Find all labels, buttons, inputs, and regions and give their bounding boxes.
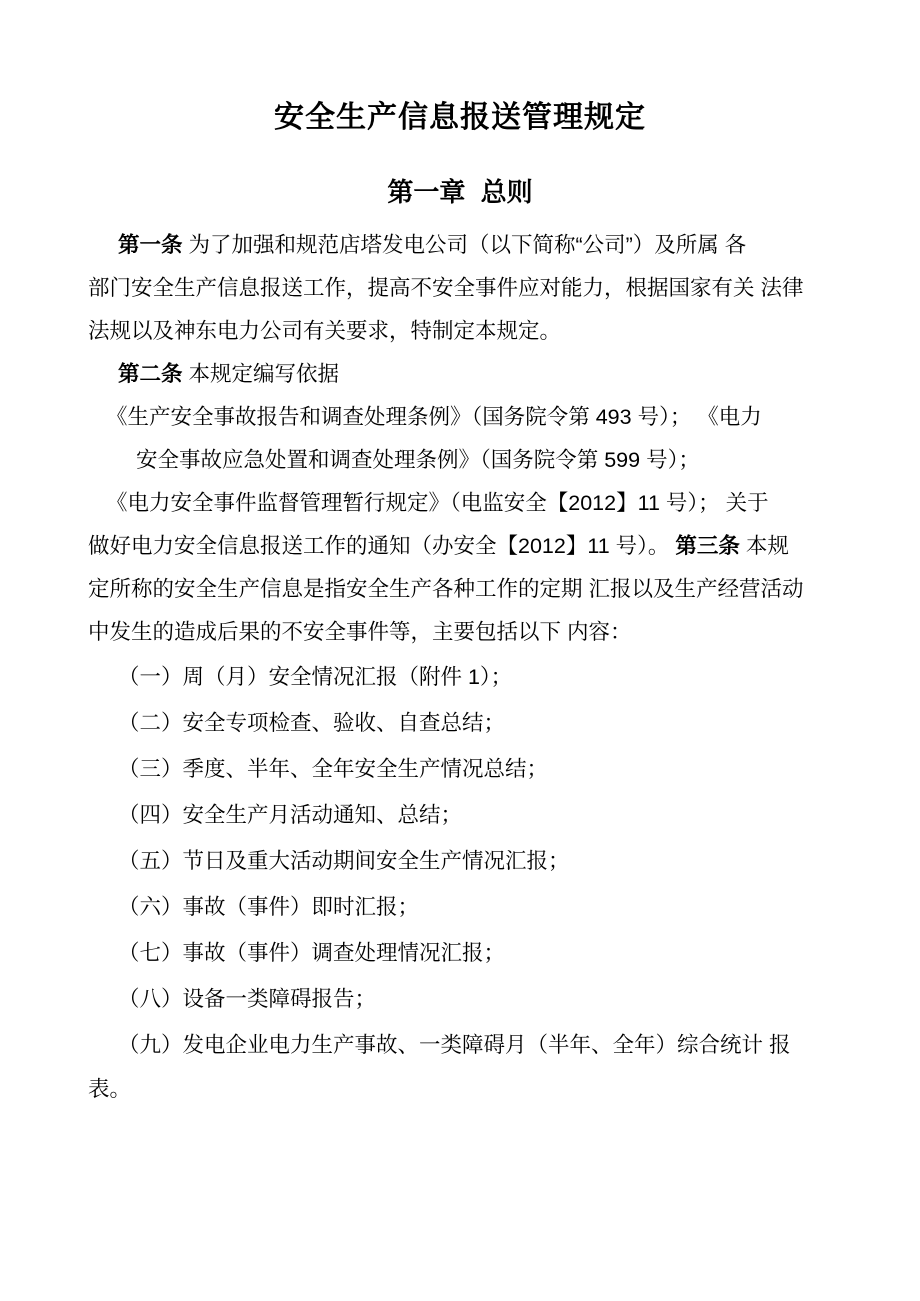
text-run: （七）事故（事件）调查处理情况汇报；: [118, 941, 505, 965]
text-run: 法规以及神东电力公司有关要求，特制定本规定。: [88, 319, 561, 343]
text-run: （三）季度、半年、全年安全生产情况总结；: [118, 757, 548, 781]
list-item-line: （六）事故（事件）即时汇报；: [88, 884, 832, 930]
text-line: 做好电力安全信息报送工作的通知（办安全【2012】11 号）。 第三条 本规: [88, 525, 832, 568]
chapter-heading: 第一章 总则: [0, 174, 920, 210]
text-line: 定所称的安全生产信息是指安全生产各种工作的定期 汇报以及生产经营活动: [88, 568, 832, 611]
text-run: （五）节日及重大活动期间安全生产情况汇报；: [118, 849, 570, 873]
list-item-line: （一）周（月）安全情况汇报（附件 1）；: [88, 654, 832, 700]
document-body: 第一条 为了加强和规范店塔发电公司（以下简称“公司”）及所属 各部门安全生产信息…: [0, 224, 920, 1111]
text-run: 《电力安全事件监督管理暂行规定》（电监安全【2012】11 号）； 关于: [106, 491, 769, 515]
list-item-line: （三）季度、半年、全年安全生产情况总结；: [88, 746, 832, 792]
text-run: （一）周（月）安全情况汇报（附件 1）；: [118, 665, 512, 689]
text-line: 第一条 为了加强和规范店塔发电公司（以下简称“公司”）及所属 各: [88, 224, 832, 267]
bold-article-label: 第二条: [118, 362, 183, 386]
text-run: 做好电力安全信息报送工作的通知（办安全【2012】11 号）。: [88, 534, 675, 558]
text-run: （六）事故（事件）即时汇报；: [118, 895, 419, 919]
document-page: 安全生产信息报送管理规定 第一章 总则 第一条 为了加强和规范店塔发电公司（以下…: [0, 0, 920, 1301]
text-run: 本规: [740, 534, 789, 558]
text-run: 为了加强和规范店塔发电公司（以下简称“公司”）及所属 各: [183, 233, 747, 257]
text-run: 安全事故应急处置和调查处理条例》（国务院令第 599 号）；: [136, 448, 700, 472]
bold-article-label: 第三条: [675, 534, 740, 558]
text-run: （二）安全专项检查、验收、自查总结；: [118, 711, 505, 735]
text-run: 本规定编写依据: [183, 362, 339, 386]
text-run: 表。: [88, 1077, 131, 1101]
text-line: 《生产安全事故报告和调查处理条例》（国务院令第 493 号）； 《电力: [88, 396, 832, 439]
text-run: 《生产安全事故报告和调查处理条例》（国务院令第 493 号）； 《电力: [106, 405, 762, 429]
text-run: 中发生的造成后果的不安全事件等，主要包括以下 内容：: [88, 620, 631, 644]
text-run: （八）设备一类障碍报告；: [118, 987, 376, 1011]
text-line: 《电力安全事件监督管理暂行规定》（电监安全【2012】11 号）； 关于: [88, 482, 832, 525]
document-title: 安全生产信息报送管理规定: [0, 0, 920, 140]
text-line: 安全事故应急处置和调查处理条例》（国务院令第 599 号）；: [88, 439, 832, 482]
text-line: 中发生的造成后果的不安全事件等，主要包括以下 内容：: [88, 611, 832, 654]
list-item-line: （九）发电企业电力生产事故、一类障碍月（半年、全年）综合统计 报: [88, 1022, 832, 1068]
text-run: （四）安全生产月活动通知、总结；: [118, 803, 462, 827]
list-item-line: （四）安全生产月活动通知、总结；: [88, 792, 832, 838]
text-run: 定所称的安全生产信息是指安全生产各种工作的定期 汇报以及生产经营活动: [88, 577, 803, 601]
list-item-line: （八）设备一类障碍报告；: [88, 976, 832, 1022]
list-item-line: （二）安全专项检查、验收、自查总结；: [88, 700, 832, 746]
text-run: 部门安全生产信息报送工作，提高不安全事件应对能力，根据国家有关 法律: [88, 276, 803, 300]
text-line: 法规以及神东电力公司有关要求，特制定本规定。: [88, 310, 832, 353]
text-run: （九）发电企业电力生产事故、一类障碍月（半年、全年）综合统计 报: [118, 1033, 790, 1057]
list-item-line: （七）事故（事件）调查处理情况汇报；: [88, 930, 832, 976]
list-item-line: （五）节日及重大活动期间安全生产情况汇报；: [88, 838, 832, 884]
text-line: 表。: [88, 1068, 832, 1111]
text-line: 第二条 本规定编写依据: [88, 353, 832, 396]
text-line: 部门安全生产信息报送工作，提高不安全事件应对能力，根据国家有关 法律: [88, 267, 832, 310]
bold-article-label: 第一条: [118, 233, 183, 257]
